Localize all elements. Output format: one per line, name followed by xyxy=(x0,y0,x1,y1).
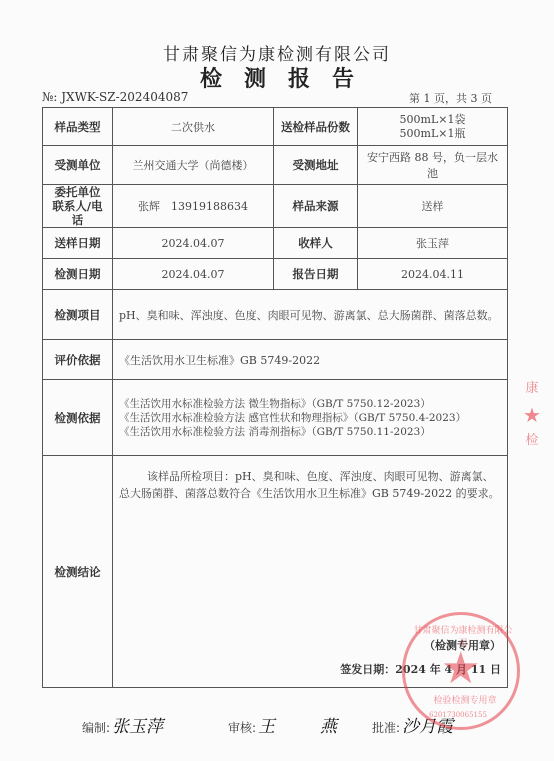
reviewed-signature: 审核:王 燕 xyxy=(228,712,351,737)
sample-count-line: 500mL×1瓶 xyxy=(362,127,503,141)
test-basis-item: 《生活饮用水标准检验方法 消毒剂指标》（GB/T 5750.11-2023） xyxy=(119,425,503,439)
tested-unit-value: 兰州交通大学（尚德楼） xyxy=(113,146,274,185)
reviewed-label: 审核: xyxy=(228,721,256,735)
sample-type-value: 二次供水 xyxy=(113,108,274,146)
conclusion-text: 该样品所检项目：pH、臭和味、色度、浑浊度、肉眼可见物、游离氯、总大肠菌群、菌落… xyxy=(119,468,501,502)
approved-signature: 批准:沙月霞 xyxy=(372,712,453,737)
tested-address-label: 受测地址 xyxy=(274,146,358,185)
client-label-line: 联系人/电话 xyxy=(47,199,108,227)
evaluation-basis-value: 《生活饮用水卫生标准》GB 5749-2022 xyxy=(113,340,508,380)
evaluation-basis-label: 评价依据 xyxy=(43,340,113,380)
table-row: 检测依据 《生活饮用水标准检验方法 微生物指标》（GB/T 5750.12-20… xyxy=(43,380,508,456)
table-row: 检测项目 pH、臭和味、浑浊度、色度、肉眼可见物、游离氯、总大肠菌群、菌落总数。 xyxy=(43,290,508,340)
prepared-label: 编制: xyxy=(82,721,110,735)
document-number: №: JXWK-SZ-202404087 xyxy=(42,90,188,104)
approved-name: 沙月霞 xyxy=(402,717,453,737)
sample-source-label: 样品来源 xyxy=(274,185,358,228)
reviewed-name: 王 燕 xyxy=(258,717,351,737)
page-info: 第 1 页，共 3 页 xyxy=(409,90,492,106)
sample-count-value: 500mL×1袋 500mL×1瓶 xyxy=(358,108,508,146)
sample-source-value: 送样 xyxy=(358,185,508,228)
table-row: 委托单位 联系人/电话 张辉 13919188634 样品来源 送样 xyxy=(43,185,508,228)
conclusion-cell: 该样品所检项目：pH、臭和味、色度、浑浊度、肉眼可见物、游离氯、总大肠菌群、菌落… xyxy=(113,456,508,688)
page-edge-seal: 康 ★ 检 xyxy=(523,380,541,475)
tested-address-value: 安宁西路 88 号，负一层水池 xyxy=(358,146,508,185)
edge-seal-char: 检 xyxy=(523,432,541,450)
approved-label: 批准: xyxy=(372,721,400,735)
report-date-value: 2024.04.11 xyxy=(358,259,508,290)
table-row: 检测结论 该样品所检项目：pH、臭和味、色度、浑浊度、肉眼可见物、游离氯、总大肠… xyxy=(43,456,508,688)
receiver-label: 收样人 xyxy=(274,228,358,259)
table-row: 评价依据 《生活饮用水卫生标准》GB 5749-2022 xyxy=(43,340,508,380)
prepared-signature: 编制:张玉萍 xyxy=(82,712,163,737)
seal-inner-text: 检验检测专用章 xyxy=(425,693,505,706)
tested-unit-label: 受测单位 xyxy=(43,146,113,185)
delivery-date-value: 2024.04.07 xyxy=(113,228,274,259)
seal-note: （检测专用章） xyxy=(381,637,501,653)
edge-seal-star-icon: ★ xyxy=(523,406,541,424)
test-basis-item: 《生活饮用水标准检验方法 微生物指标》（GB/T 5750.12-2023） xyxy=(119,397,503,411)
delivery-date-label: 送样日期 xyxy=(43,228,113,259)
table-row: 检测日期 2024.04.07 报告日期 2024.04.11 xyxy=(43,259,508,290)
conclusion-label: 检测结论 xyxy=(43,456,113,688)
table-row: 受测单位 兰州交通大学（尚德楼） 受测地址 安宁西路 88 号，负一层水池 xyxy=(43,146,508,185)
client-label: 委托单位 联系人/电话 xyxy=(43,185,113,228)
sample-count-label: 送检样品份数 xyxy=(274,108,358,146)
test-date-value: 2024.04.07 xyxy=(113,259,274,290)
client-contact-value: 张辉 13919188634 xyxy=(113,185,274,228)
test-items-value: pH、臭和味、浑浊度、色度、肉眼可见物、游离氯、总大肠菌群、菌落总数。 xyxy=(113,290,508,340)
test-basis-label: 检测依据 xyxy=(43,380,113,456)
report-date-label: 报告日期 xyxy=(274,259,358,290)
prepared-name: 张玉萍 xyxy=(112,717,163,737)
report-title: 检测报告 xyxy=(0,62,554,93)
test-items-label: 检测项目 xyxy=(43,290,113,340)
sample-count-line: 500mL×1袋 xyxy=(362,113,503,127)
client-label-line: 委托单位 xyxy=(47,185,108,199)
receiver-value: 张玉萍 xyxy=(358,228,508,259)
test-date-label: 检测日期 xyxy=(43,259,113,290)
sample-type-label: 样品类型 xyxy=(43,108,113,146)
report-table: 样品类型 二次供水 送检样品份数 500mL×1袋 500mL×1瓶 受测单位 … xyxy=(42,107,508,688)
test-basis-item: 《生活饮用水标准检验方法 感官性状和物理指标》（GB/T 5750.4-2023… xyxy=(119,411,503,425)
edge-seal-char: 康 xyxy=(523,380,541,398)
table-row: 样品类型 二次供水 送检样品份数 500mL×1袋 500mL×1瓶 xyxy=(43,108,508,146)
test-basis-value: 《生活饮用水标准检验方法 微生物指标》（GB/T 5750.12-2023） 《… xyxy=(113,380,508,456)
issue-date: 签发日期：2024 年 4 月 11 日 xyxy=(340,661,501,677)
table-row: 送样日期 2024.04.07 收样人 张玉萍 xyxy=(43,228,508,259)
